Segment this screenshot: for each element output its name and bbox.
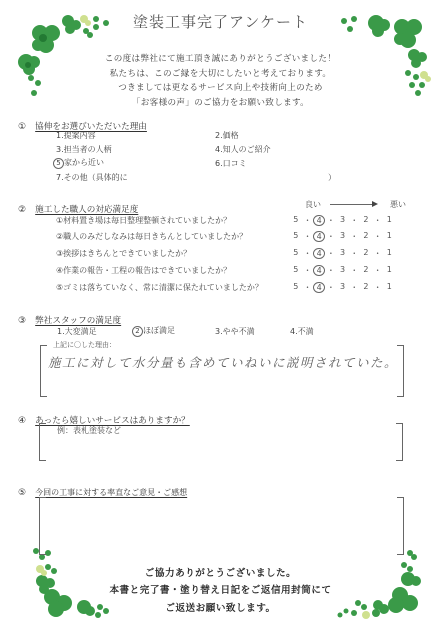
rating-dot: ・ bbox=[325, 282, 337, 293]
option-label: ほぼ満足 bbox=[143, 326, 175, 335]
reason-box-right-bracket bbox=[397, 345, 404, 397]
option-label: 家から近い bbox=[64, 158, 104, 167]
rating-scale-q2[interactable]: 5 ・ 4 ・ 3 ・ 2 ・ 1 bbox=[290, 231, 395, 242]
rating-scale-q5[interactable]: 5 ・ 4 ・ 3 ・ 2 ・ 1 bbox=[290, 282, 395, 293]
question-4: ④作業の報告・工程の報告はできていましたか？ bbox=[56, 265, 231, 276]
section-number: ② bbox=[18, 205, 26, 215]
rating-dot: ・ bbox=[302, 248, 314, 259]
rating-dot: ・ bbox=[372, 265, 384, 276]
rating-dot: ・ bbox=[325, 231, 337, 242]
section-number: ① bbox=[18, 122, 26, 132]
selected-circle: 2 bbox=[132, 326, 143, 337]
rating-1[interactable]: 1 bbox=[384, 265, 396, 276]
feedback-box-left-bracket bbox=[39, 497, 46, 555]
service-example: 例：表札塗装など bbox=[57, 425, 121, 436]
rating-dot: ・ bbox=[325, 265, 337, 276]
section-title: 弊社スタッフの満足度 bbox=[35, 316, 121, 326]
section-number: ⑤ bbox=[18, 488, 26, 498]
rating-3[interactable]: 3 bbox=[337, 215, 349, 226]
rating-dot: ・ bbox=[348, 265, 360, 276]
scale-bad-label: 悪い bbox=[390, 199, 406, 210]
section-3-header: ③ 弊社スタッフの満足度 bbox=[18, 308, 121, 327]
option-5-near-home[interactable]: 5家から近い bbox=[53, 157, 104, 169]
rating-4-selected[interactable]: 4 bbox=[313, 248, 325, 259]
rating-5[interactable]: 5 bbox=[290, 215, 302, 226]
rating-dot: ・ bbox=[302, 231, 314, 242]
rating-3[interactable]: 3 bbox=[337, 248, 349, 259]
rating-2[interactable]: 2 bbox=[360, 265, 372, 276]
rating-scale-q3[interactable]: 5 ・ 4 ・ 3 ・ 2 ・ 1 bbox=[290, 248, 395, 259]
closing-line-1: ご協力ありがとうございました。 bbox=[0, 565, 441, 579]
rating-4-selected[interactable]: 4 bbox=[313, 282, 325, 293]
rating-5[interactable]: 5 bbox=[290, 248, 302, 259]
rating-scale-q4[interactable]: 5 ・ 4 ・ 3 ・ 2 ・ 1 bbox=[290, 265, 395, 276]
rating-dot: ・ bbox=[348, 215, 360, 226]
section-number: ③ bbox=[18, 316, 26, 326]
reason-answer[interactable]: 施工に対して水分量も含めていねいに説明されていた。 bbox=[48, 353, 398, 371]
rating-4-selected[interactable]: 4 bbox=[313, 231, 325, 242]
staff-option-2-mostly-satisfied[interactable]: 2ほぼ満足 bbox=[132, 325, 175, 337]
reason-box-left-bracket bbox=[40, 345, 47, 397]
question-3: ③挨拶はきちんとできていましたか？ bbox=[56, 248, 191, 259]
feedback-box-right-bracket bbox=[397, 497, 404, 555]
rating-4-selected[interactable]: 4 bbox=[313, 265, 325, 276]
rating-5[interactable]: 5 bbox=[290, 231, 302, 242]
rating-dot: ・ bbox=[325, 215, 337, 226]
rating-2[interactable]: 2 bbox=[360, 282, 372, 293]
rating-scale-q1[interactable]: 5 ・ 4 ・ 3 ・ 2 ・ 1 bbox=[290, 215, 395, 226]
rating-dot: ・ bbox=[372, 231, 384, 242]
option-7-other[interactable]: 7.その他（具体的に bbox=[56, 172, 128, 183]
option-6-word-of-mouth[interactable]: 6.口コミ bbox=[215, 158, 247, 169]
intro-line-2: 私たちは、このご縁を大切にしたいと考えております。 bbox=[0, 67, 441, 79]
option-2-price[interactable]: 2.価格 bbox=[215, 130, 239, 141]
rating-3[interactable]: 3 bbox=[337, 282, 349, 293]
service-answer-field[interactable] bbox=[50, 438, 390, 458]
rating-dot: ・ bbox=[348, 231, 360, 242]
rating-5[interactable]: 5 bbox=[290, 265, 302, 276]
survey-title: 塗装工事完了アンケート bbox=[0, 11, 441, 32]
closing-line-3: ご返送お願い致します。 bbox=[0, 600, 441, 614]
selected-circle: 5 bbox=[53, 158, 64, 169]
section-title: 施工した職人の対応満足度 bbox=[35, 205, 138, 215]
rating-3[interactable]: 3 bbox=[337, 265, 349, 276]
other-close-paren: ） bbox=[328, 172, 336, 183]
rating-4-selected[interactable]: 4 bbox=[313, 215, 325, 226]
intro-line-1: この度は弊社にて施工頂き誠にありがとうございました！ bbox=[0, 52, 441, 64]
rating-1[interactable]: 1 bbox=[384, 231, 396, 242]
option-1-proposal[interactable]: 1.提案内容 bbox=[56, 130, 96, 141]
reason-label: 上記に〇した理由： bbox=[51, 340, 118, 350]
question-1: ①材料置き場は毎日整理整頓されていましたか？ bbox=[56, 215, 231, 226]
scale-arrow-line bbox=[330, 204, 373, 205]
intro-line-4: 「お客様の声」のご協力をお願い致します。 bbox=[0, 96, 441, 108]
closing-line-2: 本書と完了書・塗り替え日記をご返信用封筒にて bbox=[0, 582, 441, 596]
service-box-right-bracket bbox=[396, 423, 403, 461]
section-number: ④ bbox=[18, 416, 26, 426]
question-2: ②職人のみだしなみは毎日きちんとしていましたか？ bbox=[56, 231, 247, 242]
rating-dot: ・ bbox=[372, 248, 384, 259]
option-4-referral[interactable]: 4.知人のご紹介 bbox=[215, 144, 271, 155]
rating-dot: ・ bbox=[302, 265, 314, 276]
rating-1[interactable]: 1 bbox=[384, 282, 396, 293]
rating-dot: ・ bbox=[348, 248, 360, 259]
section-2-header: ② 施工した職人の対応満足度 bbox=[18, 197, 138, 216]
staff-option-1-very-satisfied[interactable]: 1.大変満足 bbox=[57, 326, 97, 337]
rating-dot: ・ bbox=[348, 282, 360, 293]
scale-arrow-head bbox=[372, 201, 378, 207]
rating-1[interactable]: 1 bbox=[384, 215, 396, 226]
feedback-answer-field[interactable] bbox=[50, 500, 390, 552]
rating-dot: ・ bbox=[325, 248, 337, 259]
rating-3[interactable]: 3 bbox=[337, 231, 349, 242]
staff-option-3-somewhat-dissatisfied[interactable]: 3.やや不満 bbox=[215, 326, 255, 337]
rating-dot: ・ bbox=[372, 282, 384, 293]
rating-2[interactable]: 2 bbox=[360, 215, 372, 226]
rating-1[interactable]: 1 bbox=[384, 248, 396, 259]
intro-line-3: つきましては更なるサービス向上や技術向上のため bbox=[0, 81, 441, 93]
rating-dot: ・ bbox=[302, 282, 314, 293]
scale-good-label: 良い bbox=[305, 199, 321, 210]
rating-5[interactable]: 5 bbox=[290, 282, 302, 293]
section-title: 今回の工事に対する率直なご意見・ご感想 bbox=[35, 488, 187, 497]
rating-2[interactable]: 2 bbox=[360, 248, 372, 259]
option-3-staff-personality[interactable]: 3.担当者の人柄 bbox=[56, 144, 112, 155]
rating-2[interactable]: 2 bbox=[360, 231, 372, 242]
service-box-left-bracket bbox=[39, 423, 46, 461]
staff-option-4-dissatisfied[interactable]: 4.不満 bbox=[290, 326, 314, 337]
rating-dot: ・ bbox=[302, 215, 314, 226]
rating-dot: ・ bbox=[372, 215, 384, 226]
question-5: ⑤ゴミは落ちていなく、常に清潔に保たれていましたか？ bbox=[56, 282, 263, 293]
